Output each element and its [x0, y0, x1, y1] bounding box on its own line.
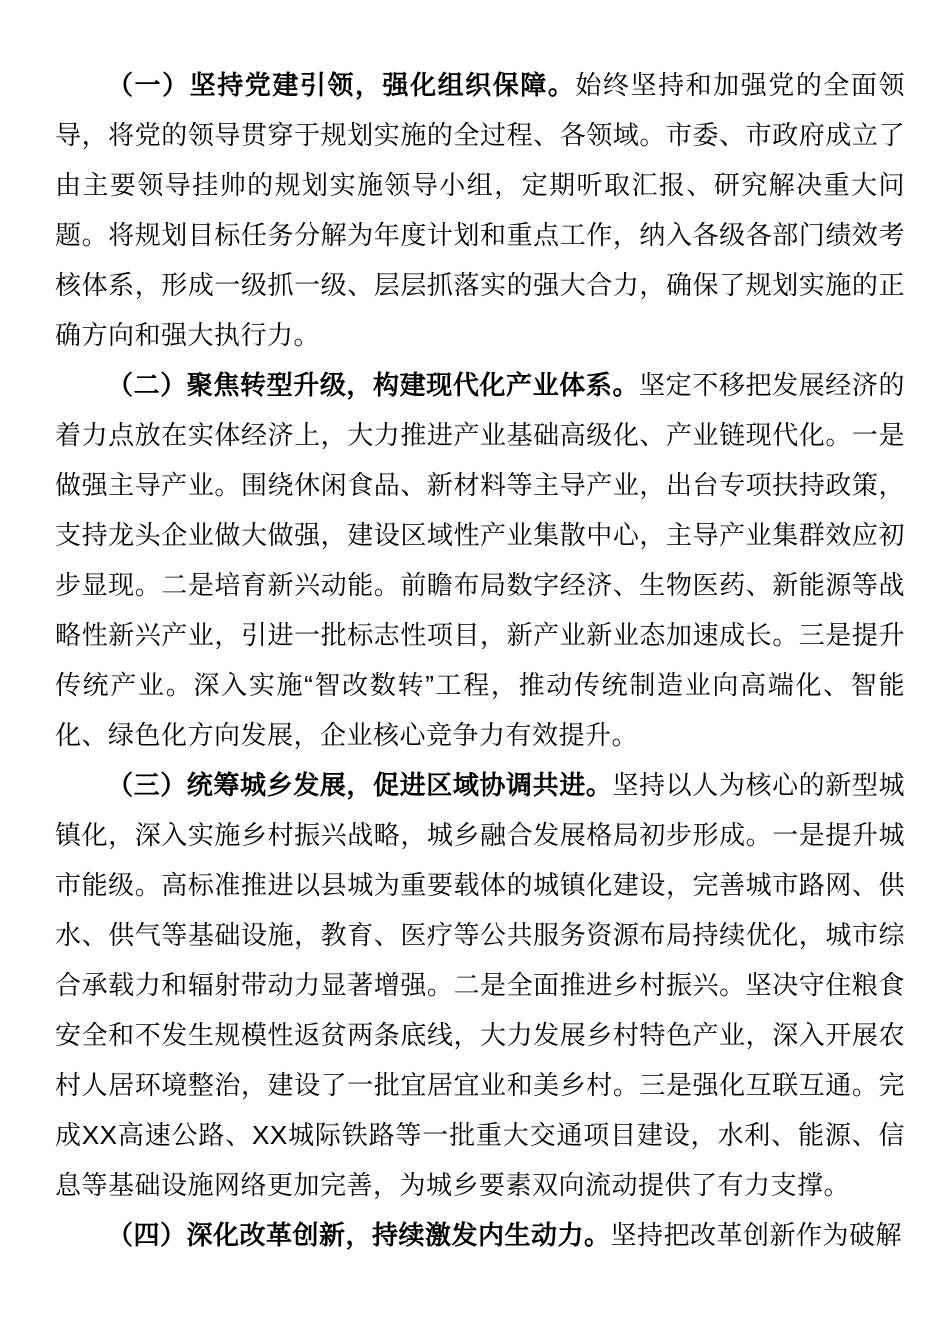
section-4-text: 坚持把改革创新作为破解	[611, 1220, 903, 1250]
paragraph-section-4: （四）深化改革创新，持续激发内生动力。坚持把改革创新作为破解	[55, 1210, 905, 1260]
section-4-heading: （四）深化改革创新，持续激发内生动力。	[107, 1220, 611, 1250]
section-2-heading: （二）聚焦转型升级，构建现代化产业体系。	[107, 370, 639, 400]
section-3-text: 坚持以人为核心的新型城镇化，深入实施乡村振兴战略，城乡融合发展格局初步形成。一是…	[55, 770, 905, 1200]
paragraph-section-3: （三）统筹城乡发展，促进区域协调共进。坚持以人为核心的新型城镇化，深入实施乡村振…	[55, 760, 905, 1210]
document-page: （一）坚持党建引领，强化组织保障。始终坚持和加强党的全面领导，将党的领导贯穿于规…	[0, 0, 950, 1344]
section-2-text: 坚定不移把发展经济的着力点放在实体经济上，大力推进产业基础高级化、产业链现代化。…	[55, 370, 905, 750]
section-3-heading: （三）统筹城乡发展，促进区域协调共进。	[107, 770, 612, 800]
section-1-text: 始终坚持和加强党的全面领导，将党的领导贯穿于规划实施的全过程、各领域。市委、市政…	[55, 70, 905, 350]
document-body: （一）坚持党建引领，强化组织保障。始终坚持和加强党的全面领导，将党的领导贯穿于规…	[55, 60, 905, 1260]
section-1-heading: （一）坚持党建引领，强化组织保障。	[107, 70, 575, 100]
paragraph-section-2: （二）聚焦转型升级，构建现代化产业体系。坚定不移把发展经济的着力点放在实体经济上…	[55, 360, 905, 760]
paragraph-section-1: （一）坚持党建引领，强化组织保障。始终坚持和加强党的全面领导，将党的领导贯穿于规…	[55, 60, 905, 360]
